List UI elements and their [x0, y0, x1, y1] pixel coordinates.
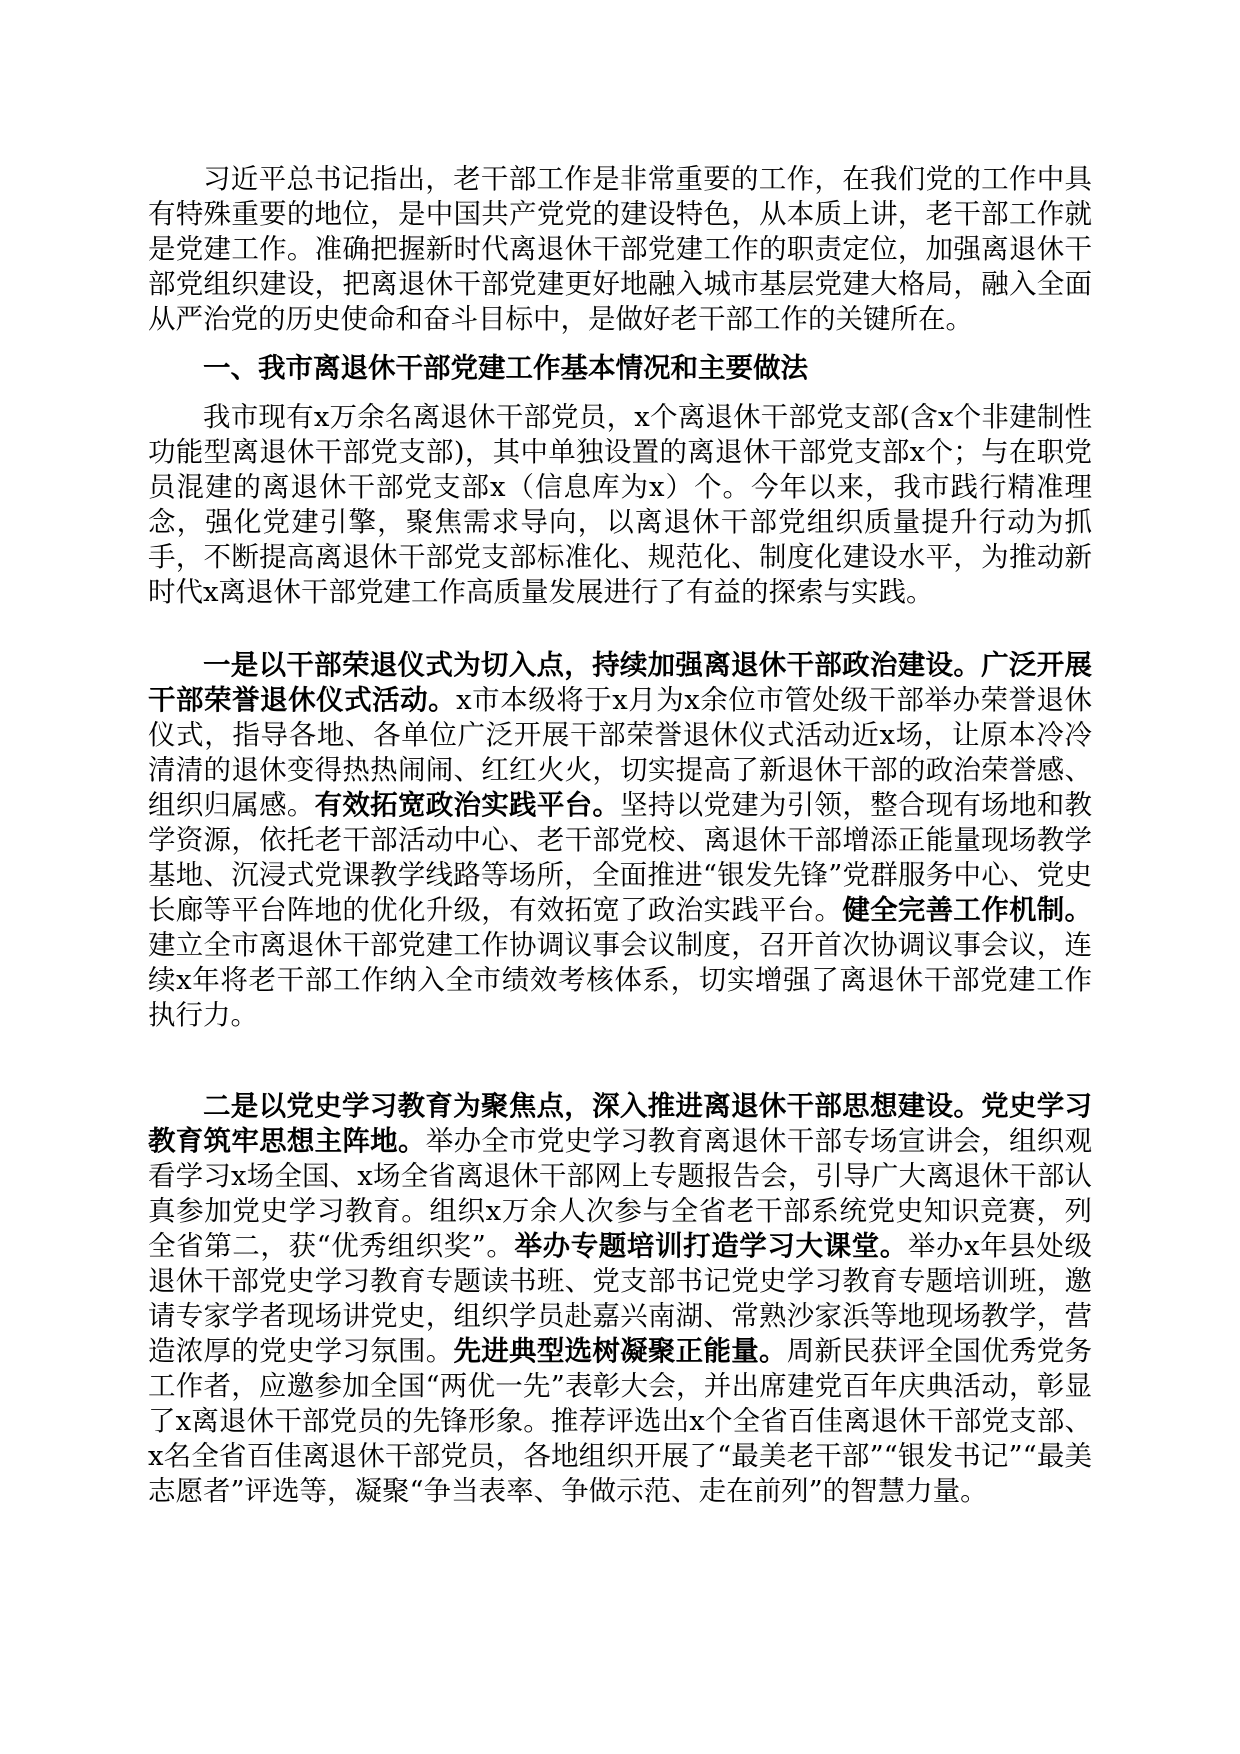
text-run: 习近平总书记指出，老干部工作是非常重要的工作，在我们党的工作中具有特殊重要的地位… — [148, 163, 1092, 335]
bold-text-run: 先进典型选树凝聚正能量。 — [454, 1335, 787, 1367]
paragraph: 习近平总书记指出，老干部工作是非常重要的工作，在我们党的工作中具有特殊重要的地位… — [148, 162, 1092, 337]
document-page: 习近平总书记指出，老干部工作是非常重要的工作，在我们党的工作中具有特殊重要的地位… — [0, 0, 1240, 1754]
section-heading: 一、我市离退休干部党建工作基本情况和主要做法 — [148, 351, 1092, 386]
bold-text-run: 举办专题培训打造学习大课堂。 — [515, 1230, 908, 1262]
text-run: 我市现有x万余名离退休干部党员，x个离退休干部党支部(含x个非建制性功能型离退休… — [148, 401, 1092, 608]
text-run: 建立全市离退休干部党建工作协调议事会议制度，召开首次协调议事会议，连续x年将老干… — [148, 929, 1092, 1031]
paragraph: 一是以干部荣退仪式为切入点，持续加强离退休干部政治建设。广泛开展干部荣誉退休仪式… — [148, 648, 1092, 1033]
paragraph: 我市现有x万余名离退休干部党员，x个离退休干部党支部(含x个非建制性功能型离退休… — [148, 400, 1092, 610]
bold-text-run: 健全完善工作机制。 — [842, 894, 1092, 926]
bold-text-run: 有效拓宽政治实践平台。 — [315, 789, 621, 821]
bold-text-run: 一、我市离退休干部党建工作基本情况和主要做法 — [203, 352, 808, 384]
document-body: 习近平总书记指出，老干部工作是非常重要的工作，在我们党的工作中具有特殊重要的地位… — [148, 162, 1092, 1509]
paragraph: 二是以党史学习教育为聚焦点，深入推进离退休干部思想建设。党史学习教育筑牢思想主阵… — [148, 1089, 1092, 1509]
